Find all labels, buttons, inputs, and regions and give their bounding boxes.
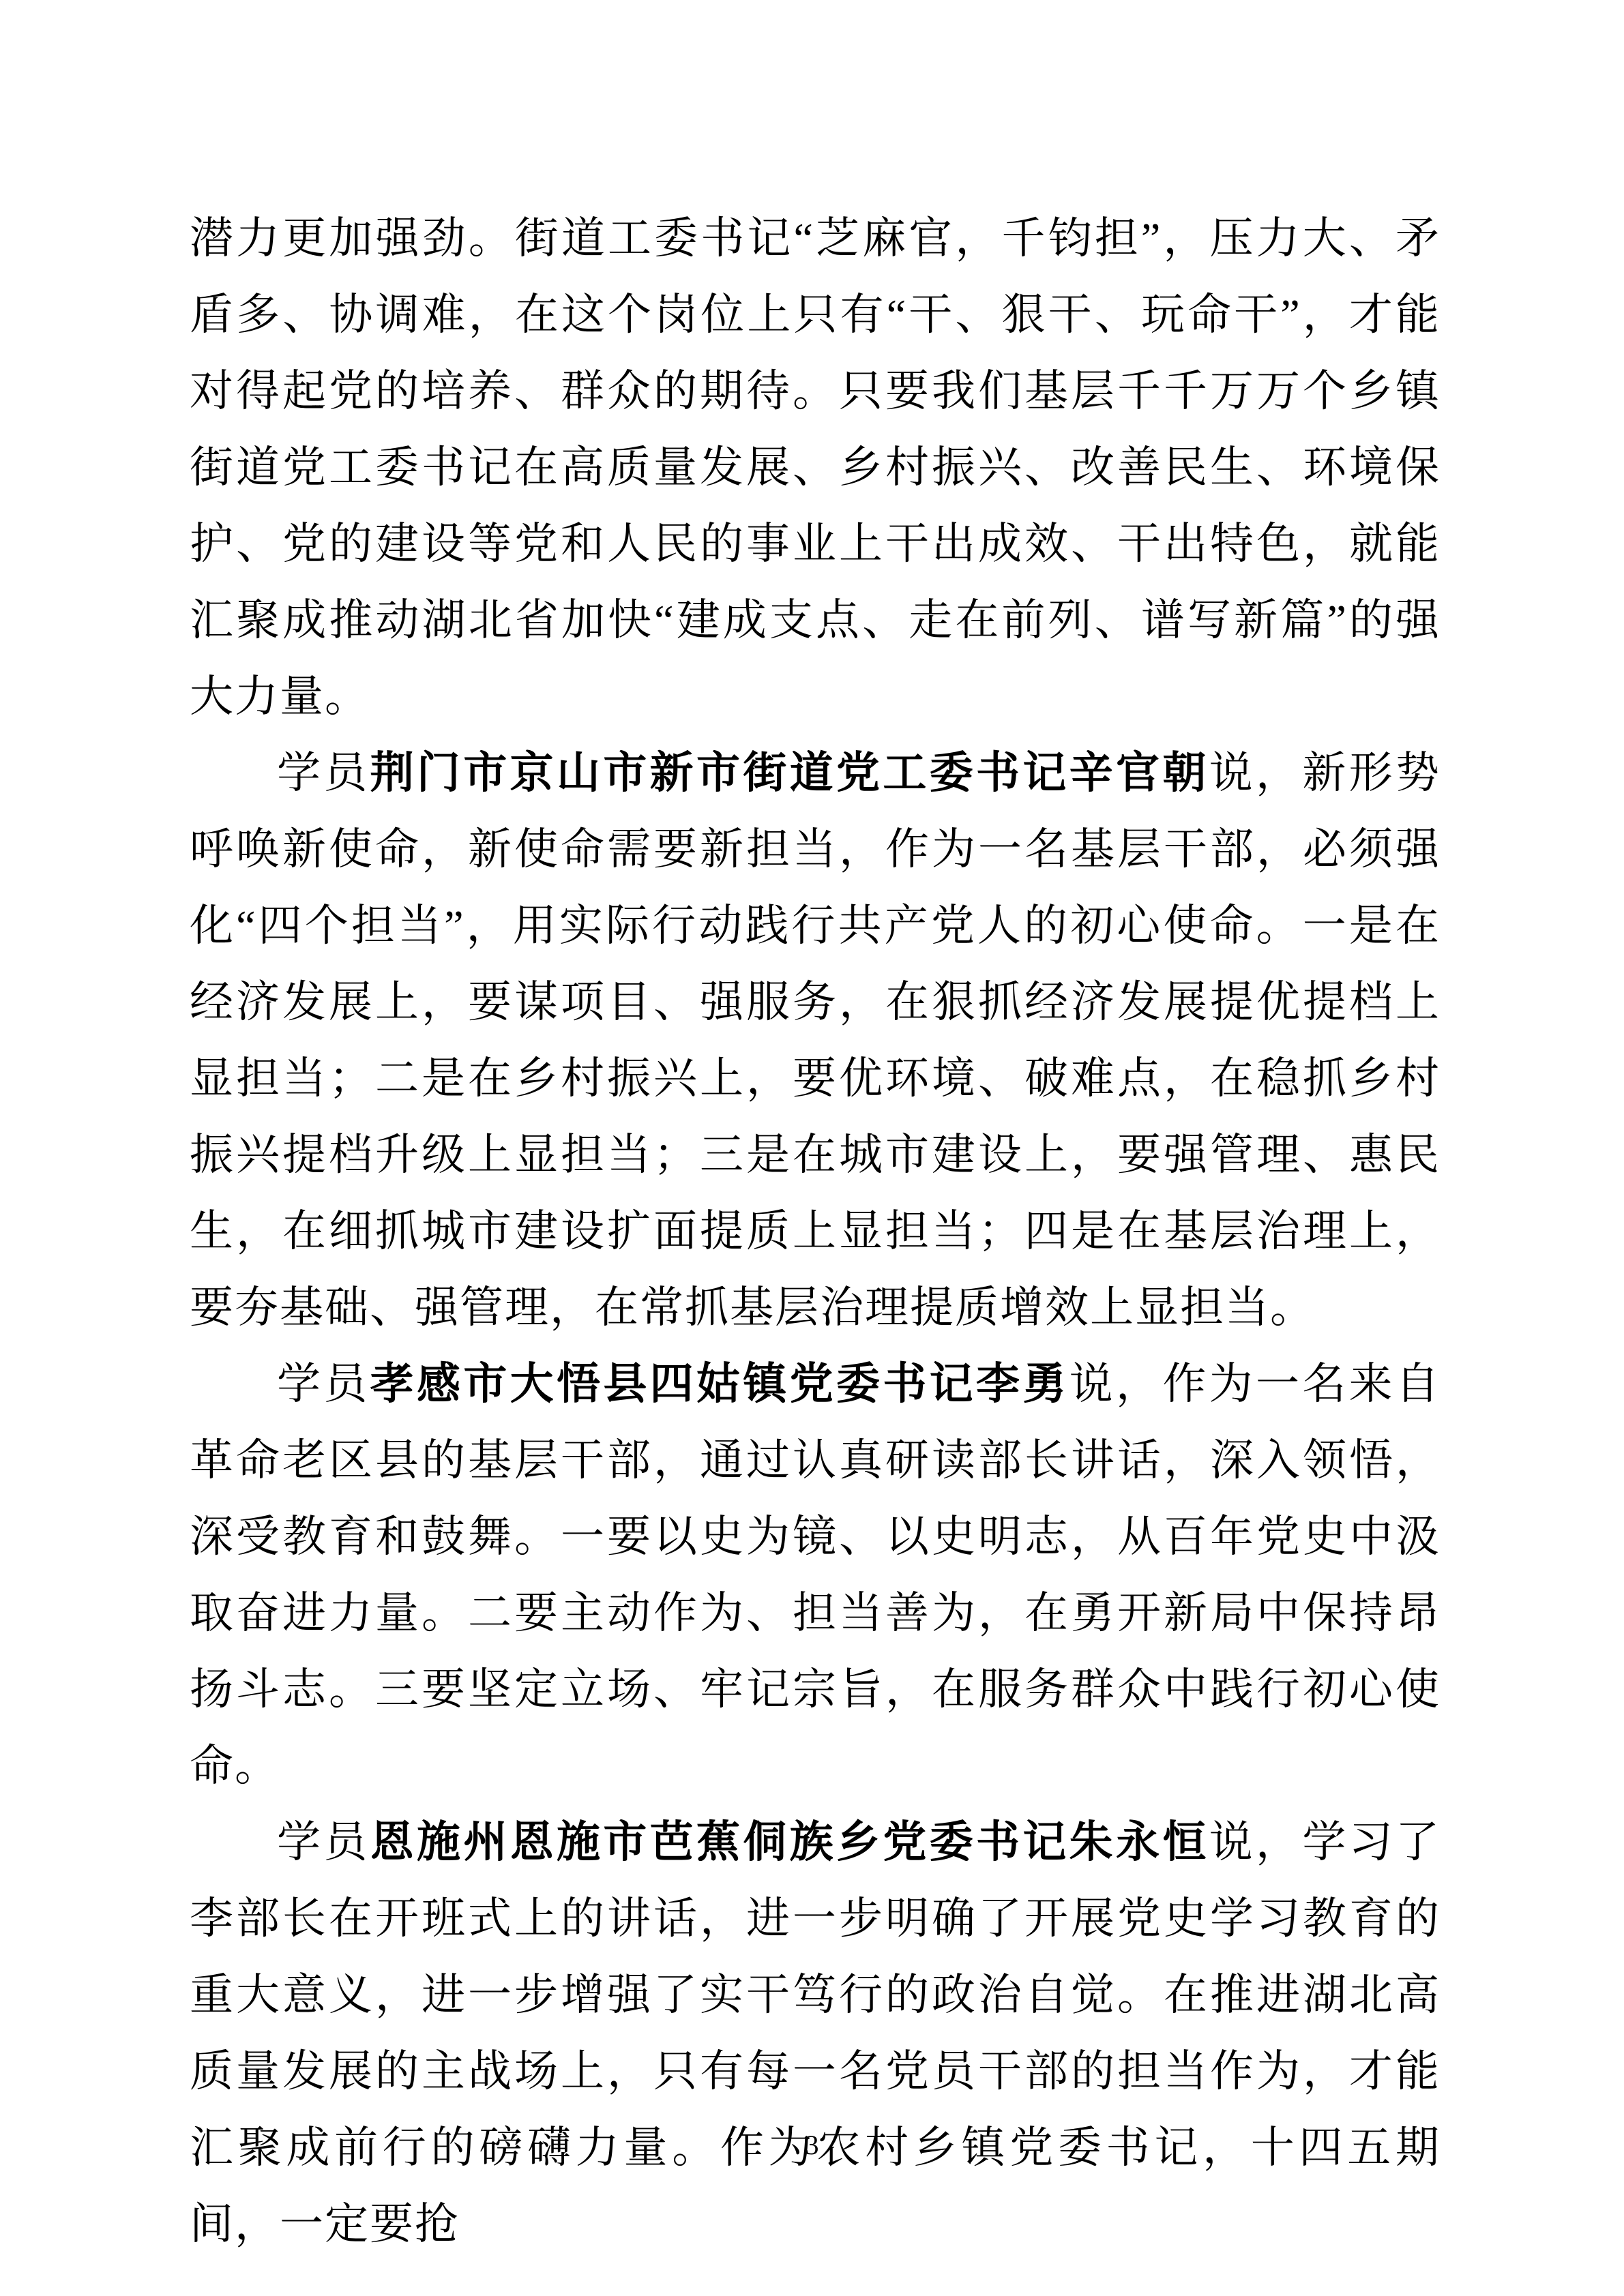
paragraph: 学员荆门市京山市新市街道党工委书记辛官朝说，新形势呼唤新使命，新使命需要新担当，… xyxy=(190,735,1441,1346)
text-run: 说，学习了李部长在开班式上的讲话，进一步明确了开展党史学习教育的重大意义，进一步… xyxy=(190,1818,1441,2248)
speaker-name: 恩施州恩施市芭蕉侗族乡党委书记朱永恒 xyxy=(370,1818,1209,1866)
paragraph: 学员恩施州恩施市芭蕉侗族乡党委书记朱永恒说，学习了李部长在开班式上的讲话，进一步… xyxy=(190,1804,1441,2263)
document-page: 潜力更加强劲。街道工委书记“芝麻官，千钧担”，压力大、矛盾多、协调难，在这个岗位… xyxy=(0,0,1624,2296)
paragraph: 学员孝感市大悟县四姑镇党委书记李勇说，作为一名来自革命老区县的基层干部，通过认真… xyxy=(190,1346,1441,1804)
page-number: 3 xyxy=(0,2130,1624,2160)
document-body-text: 潜力更加强劲。街道工委书记“芝麻官，千钧担”，压力大、矛盾多、协调难，在这个岗位… xyxy=(190,200,1441,2263)
text-run: 学员 xyxy=(277,1360,370,1408)
speaker-name: 孝感市大悟县四姑镇党委书记李勇 xyxy=(370,1360,1069,1408)
paragraph: 潜力更加强劲。街道工委书记“芝麻官，千钧担”，压力大、矛盾多、协调难，在这个岗位… xyxy=(190,200,1441,735)
text-run: 学员 xyxy=(277,749,370,797)
text-run: 学员 xyxy=(277,1818,370,1866)
text-run: 说，新形势呼唤新使命，新使命需要新担当，作为一名基层干部，必须强化“四个担当”，… xyxy=(190,749,1441,1332)
text-run: 说，作为一名来自革命老区县的基层干部，通过认真研读部长讲话，深入领悟，深受教育和… xyxy=(190,1360,1441,1790)
speaker-name: 荆门市京山市新市街道党工委书记辛官朝 xyxy=(370,749,1209,797)
text-run: 潜力更加强劲。街道工委书记“芝麻官，千钧担”，压力大、矛盾多、协调难，在这个岗位… xyxy=(190,214,1441,721)
